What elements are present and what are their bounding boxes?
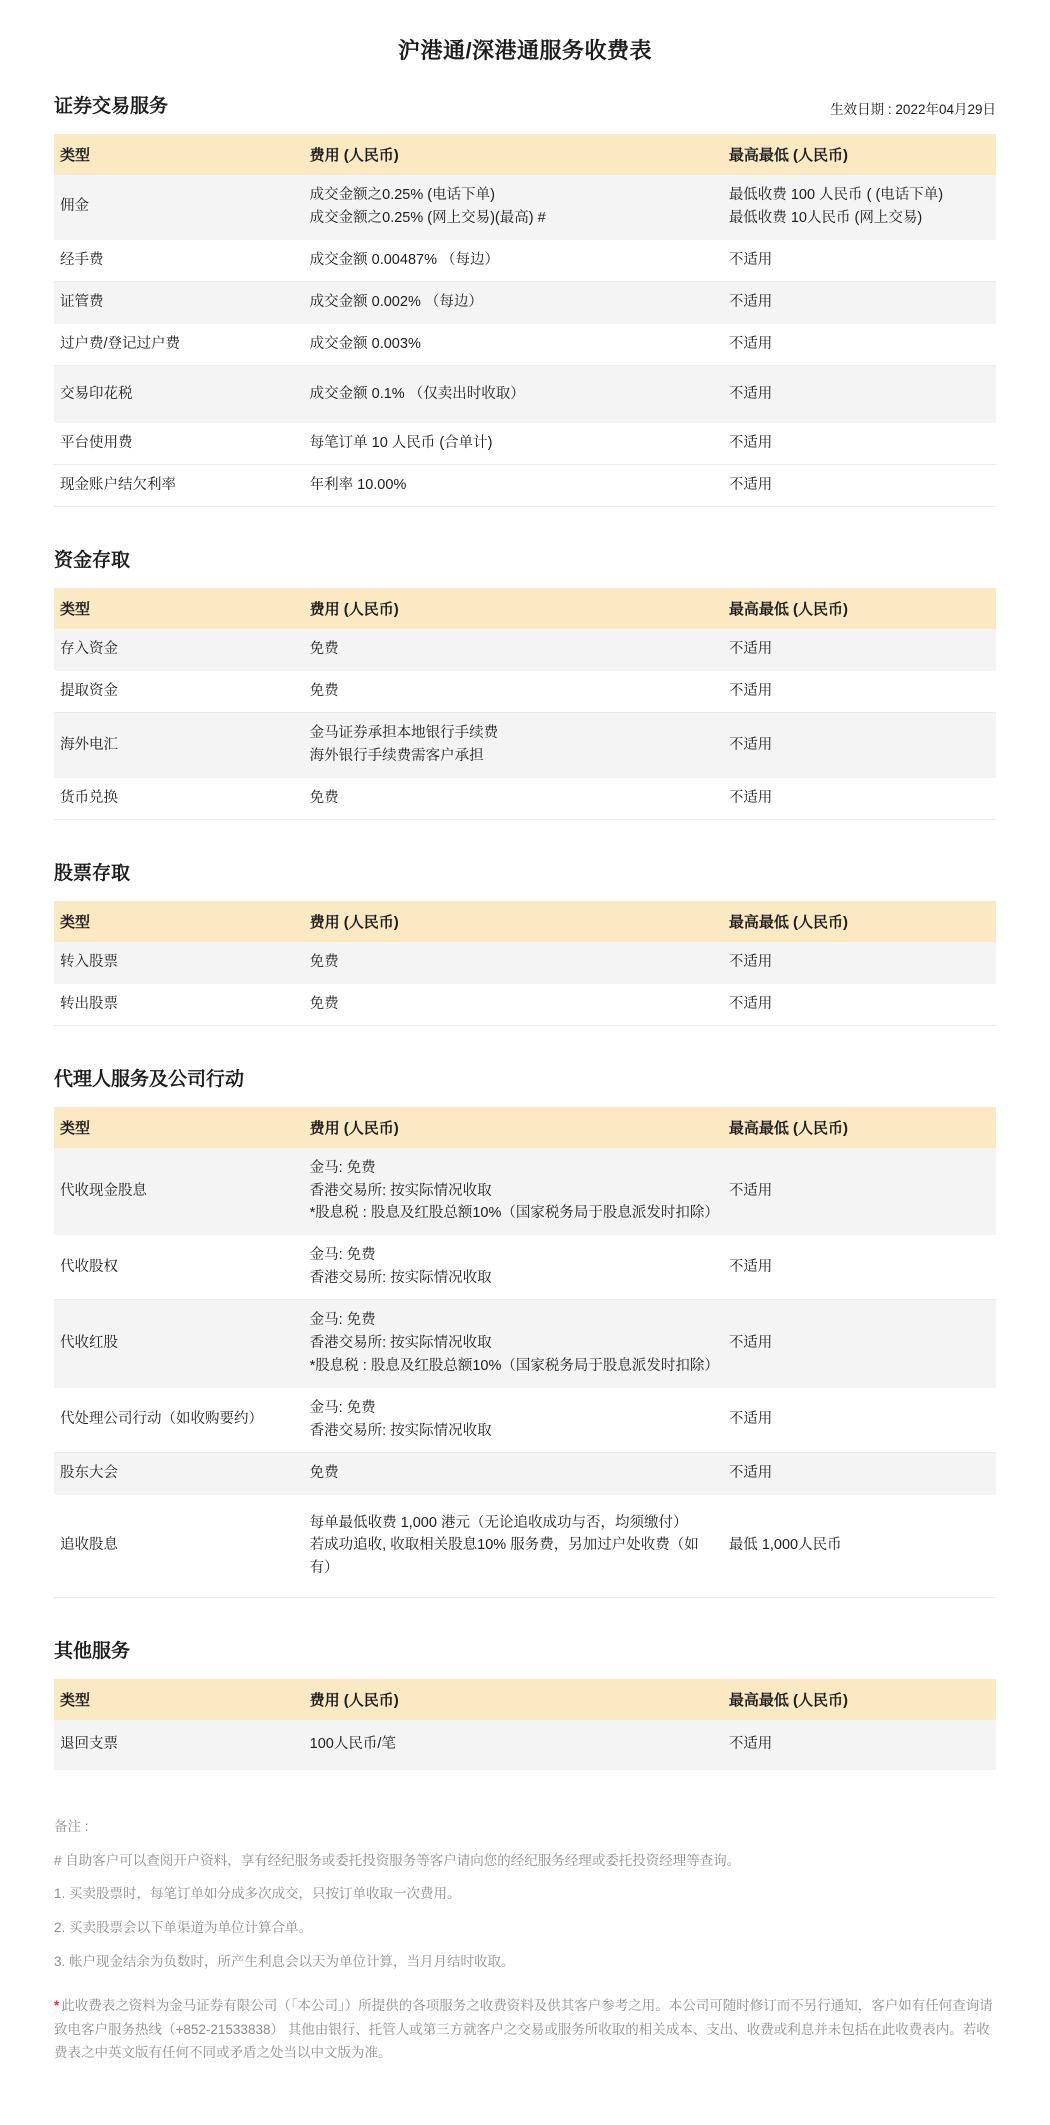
- minmax-line: 最低收费 10人民币 (网上交易): [729, 207, 988, 230]
- cell-type: 经手费: [54, 239, 304, 281]
- section-securities-trading: 证券交易服务 生效日期 : 2022年04月29日 类型 费用 (人民币) 最高…: [54, 91, 996, 507]
- note-item: 1. 买卖股票时，每笔订单如分成多次成交，只按订单收取一次费用。: [54, 1883, 996, 1905]
- column-header-type: 类型: [54, 588, 304, 629]
- cell-minmax: 不适用: [723, 423, 996, 465]
- note-item: 2. 买卖股票会以下单渠道为单位计算合单。: [54, 1917, 996, 1939]
- cell-fee: 每笔订单 10 人民币 (合单计): [304, 423, 723, 465]
- table-row: 证管费 成交金额 0.002% （每边） 不适用: [54, 281, 996, 323]
- fee-line: 香港交易所: 按实际情况收取: [310, 1332, 715, 1355]
- cell-minmax: 不适用: [723, 777, 996, 819]
- fee-line: 若成功追收, 收取相关股息10% 服务费，另加过户处收费（如有）: [310, 1534, 715, 1580]
- section-head: 证券交易服务 生效日期 : 2022年04月29日: [54, 91, 996, 118]
- cell-fee: 成交金额 0.002% （每边）: [304, 281, 723, 323]
- table-row: 现金账户结欠利率 年利率 10.00% 不适用: [54, 465, 996, 507]
- notes-section: 备注 : # 自助客户可以查阅开户资料，享有经纪服务或委托投资服务等客户请向您的…: [54, 1816, 996, 2065]
- table-row: 经手费 成交金额 0.00487% （每边） 不适用: [54, 239, 996, 281]
- section-heading: 证券交易服务: [54, 91, 168, 118]
- cell-fee: 成交金额 0.1% （仅卖出时收取）: [304, 365, 723, 423]
- fee-table-other-services: 类型 费用 (人民币) 最高最低 (人民币) 退回支票 100人民币/笔 不适用: [54, 1679, 996, 1770]
- table-row: 退回支票 100人民币/笔 不适用: [54, 1720, 996, 1769]
- cell-fee: 每单最低收费 1,000 港元（无论追收成功与否，均须缴付） 若成功追收, 收取…: [304, 1494, 723, 1598]
- cell-type: 代处理公司行动（如收购要约）: [54, 1387, 304, 1452]
- cell-minmax: 不适用: [723, 1720, 996, 1769]
- table-row: 追收股息 每单最低收费 1,000 港元（无论追收成功与否，均须缴付） 若成功追…: [54, 1494, 996, 1598]
- cell-fee: 成交金额之0.25% (电话下单) 成交金额之0.25% (网上交易)(最高) …: [304, 175, 723, 239]
- column-header-minmax: 最高最低 (人民币): [723, 1679, 996, 1720]
- cell-minmax: 不适用: [723, 629, 996, 670]
- fee-line: 香港交易所: 按实际情况收取: [310, 1420, 715, 1443]
- cell-fee: 金马: 免费 香港交易所: 按实际情况收取: [304, 1387, 723, 1452]
- red-asterisk: *: [54, 1998, 59, 2013]
- cell-type: 交易印花税: [54, 365, 304, 423]
- cell-type: 代收股权: [54, 1235, 304, 1300]
- column-header-fee: 费用 (人民币): [304, 588, 723, 629]
- cell-type: 股东大会: [54, 1452, 304, 1494]
- column-header-type: 类型: [54, 134, 304, 175]
- cell-minmax: 不适用: [723, 1235, 996, 1300]
- column-header-minmax: 最高最低 (人民币): [723, 1107, 996, 1148]
- cell-minmax: 不适用: [723, 671, 996, 713]
- table-row: 代处理公司行动（如收购要约） 金马: 免费 香港交易所: 按实际情况收取 不适用: [54, 1387, 996, 1452]
- cell-fee: 金马: 免费 香港交易所: 按实际情况收取 *股息税 : 股息及红股总额10%（…: [304, 1148, 723, 1235]
- fee-line: *股息税 : 股息及红股总额10%（国家税务局于股息派发时扣除）: [310, 1202, 715, 1225]
- table-header-row: 类型 费用 (人民币) 最高最低 (人民币): [54, 134, 996, 175]
- cell-type: 提取资金: [54, 671, 304, 713]
- cell-fee: 免费: [304, 1452, 723, 1494]
- minmax-line: 最低收费 100 人民币 ( (电话下单): [729, 184, 988, 207]
- cell-type: 过户费/登记过户费: [54, 323, 304, 365]
- section-head: 资金存取: [54, 545, 996, 572]
- section-head: 股票存取: [54, 858, 996, 885]
- section-head: 其他服务: [54, 1636, 996, 1663]
- cell-fee: 免费: [304, 777, 723, 819]
- column-header-minmax: 最高最低 (人民币): [723, 134, 996, 175]
- fee-line: 海外银行手续费需客户承担: [310, 745, 715, 768]
- disclaimer: *此收费表之资料为金马证券有限公司（「本公司」）所提供的各项服务之收费资料及供其…: [54, 1994, 996, 2065]
- cell-type: 代收现金股息: [54, 1148, 304, 1235]
- fee-line: 成交金额之0.25% (电话下单): [310, 184, 715, 207]
- column-header-type: 类型: [54, 1679, 304, 1720]
- cell-minmax: 最低 1,000人民币: [723, 1494, 996, 1598]
- cell-minmax: 不适用: [723, 239, 996, 281]
- table-row: 平台使用费 每笔订单 10 人民币 (合单计) 不适用: [54, 423, 996, 465]
- cell-fee: 金马: 免费 香港交易所: 按实际情况收取: [304, 1235, 723, 1300]
- cell-minmax: 不适用: [723, 323, 996, 365]
- cell-fee: 年利率 10.00%: [304, 465, 723, 507]
- section-agent-services-corporate-actions: 代理人服务及公司行动 类型 费用 (人民币) 最高最低 (人民币) 代收现金股息…: [54, 1064, 996, 1599]
- fee-line: 每单最低收费 1,000 港元（无论追收成功与否，均须缴付）: [310, 1512, 715, 1535]
- table-header-row: 类型 费用 (人民币) 最高最低 (人民币): [54, 1107, 996, 1148]
- cell-fee: 免费: [304, 671, 723, 713]
- fee-table-agent-services: 类型 费用 (人民币) 最高最低 (人民币) 代收现金股息 金马: 免费 香港交…: [54, 1107, 996, 1599]
- column-header-minmax: 最高最低 (人民币): [723, 588, 996, 629]
- notes-label: 备注 :: [54, 1816, 996, 1838]
- fee-line: 金马: 免费: [310, 1309, 715, 1332]
- table-row: 转出股票 免费 不适用: [54, 983, 996, 1025]
- column-header-fee: 费用 (人民币): [304, 1679, 723, 1720]
- column-header-minmax: 最高最低 (人民币): [723, 901, 996, 942]
- fee-table-securities-trading: 类型 费用 (人民币) 最高最低 (人民币) 佣金 成交金额之0.25% (电话…: [54, 134, 996, 507]
- table-row: 佣金 成交金额之0.25% (电话下单) 成交金额之0.25% (网上交易)(最…: [54, 175, 996, 239]
- fee-line: 成交金额之0.25% (网上交易)(最高) #: [310, 207, 715, 230]
- fee-line: *股息税 : 股息及红股总额10%（国家税务局于股息派发时扣除）: [310, 1355, 715, 1378]
- table-row: 代收红股 金马: 免费 香港交易所: 按实际情况收取 *股息税 : 股息及红股总…: [54, 1300, 996, 1388]
- cell-fee: 免费: [304, 983, 723, 1025]
- column-header-type: 类型: [54, 901, 304, 942]
- table-row: 转入股票 免费 不适用: [54, 942, 996, 983]
- cell-type: 货币兑换: [54, 777, 304, 819]
- page-title: 沪港通/深港通服务收费表: [54, 34, 996, 65]
- cell-type: 存入资金: [54, 629, 304, 670]
- fee-schedule-page: 沪港通/深港通服务收费表 证券交易服务 生效日期 : 2022年04月29日 类…: [0, 0, 1050, 2125]
- cell-type: 平台使用费: [54, 423, 304, 465]
- note-item: 3. 帐户现金结余为负数时，所产生利息会以天为单位计算，当月月结时收取。: [54, 1951, 996, 1973]
- cell-minmax: 不适用: [723, 1452, 996, 1494]
- cell-minmax: 不适用: [723, 1300, 996, 1388]
- cell-fee: 成交金额 0.00487% （每边）: [304, 239, 723, 281]
- table-row: 存入资金 免费 不适用: [54, 629, 996, 670]
- cell-minmax: 不适用: [723, 1387, 996, 1452]
- table-row: 交易印花税 成交金额 0.1% （仅卖出时收取） 不适用: [54, 365, 996, 423]
- table-row: 提取资金 免费 不适用: [54, 671, 996, 713]
- effective-date: 生效日期 : 2022年04月29日: [830, 98, 996, 118]
- cell-type: 代收红股: [54, 1300, 304, 1388]
- table-row: 海外电汇 金马证券承担本地银行手续费 海外银行手续费需客户承担 不适用: [54, 713, 996, 778]
- disclaimer-text: 此收费表之资料为金马证券有限公司（「本公司」）所提供的各项服务之收费资料及供其客…: [54, 1998, 993, 2060]
- section-heading: 资金存取: [54, 545, 130, 572]
- fee-line: 金马证券承担本地银行手续费: [310, 722, 715, 745]
- cell-minmax: 不适用: [723, 465, 996, 507]
- note-item: # 自助客户可以查阅开户资料，享有经纪服务或委托投资服务等客户请向您的经纪服务经…: [54, 1850, 996, 1872]
- table-row: 代收股权 金马: 免费 香港交易所: 按实际情况收取 不适用: [54, 1235, 996, 1300]
- cell-fee: 免费: [304, 942, 723, 983]
- section-head: 代理人服务及公司行动: [54, 1064, 996, 1091]
- cell-type: 追收股息: [54, 1494, 304, 1598]
- section-other-services: 其他服务 类型 费用 (人民币) 最高最低 (人民币) 退回支票 100人民币/…: [54, 1636, 996, 1770]
- cell-minmax: 不适用: [723, 983, 996, 1025]
- cell-fee: 金马证券承担本地银行手续费 海外银行手续费需客户承担: [304, 713, 723, 778]
- cell-minmax: 不适用: [723, 713, 996, 778]
- table-header-row: 类型 费用 (人民币) 最高最低 (人民币): [54, 901, 996, 942]
- cell-type: 佣金: [54, 175, 304, 239]
- cell-minmax: 不适用: [723, 365, 996, 423]
- section-heading: 股票存取: [54, 858, 130, 885]
- fee-line: 金马: 免费: [310, 1244, 715, 1267]
- table-header-row: 类型 费用 (人民币) 最高最低 (人民币): [54, 1679, 996, 1720]
- fee-line: 香港交易所: 按实际情况收取: [310, 1180, 715, 1203]
- fee-line: 金马: 免费: [310, 1397, 715, 1420]
- table-header-row: 类型 费用 (人民币) 最高最低 (人民币): [54, 588, 996, 629]
- cell-type: 退回支票: [54, 1720, 304, 1769]
- fee-table-fund-deposit-withdrawal: 类型 费用 (人民币) 最高最低 (人民币) 存入资金 免费 不适用 提取资金 …: [54, 588, 996, 820]
- table-row: 股东大会 免费 不适用: [54, 1452, 996, 1494]
- cell-fee: 100人民币/笔: [304, 1720, 723, 1769]
- column-header-fee: 费用 (人民币): [304, 901, 723, 942]
- cell-minmax: 不适用: [723, 1148, 996, 1235]
- fee-table-stock-deposit-withdrawal: 类型 费用 (人民币) 最高最低 (人民币) 转入股票 免费 不适用 转出股票 …: [54, 901, 996, 1026]
- section-fund-deposit-withdrawal: 资金存取 类型 费用 (人民币) 最高最低 (人民币) 存入资金 免费 不适用 …: [54, 545, 996, 820]
- cell-fee: 成交金额 0.003%: [304, 323, 723, 365]
- cell-type: 现金账户结欠利率: [54, 465, 304, 507]
- fee-line: 金马: 免费: [310, 1157, 715, 1180]
- section-stock-deposit-withdrawal: 股票存取 类型 费用 (人民币) 最高最低 (人民币) 转入股票 免费 不适用 …: [54, 858, 996, 1026]
- cell-minmax: 最低收费 100 人民币 ( (电话下单) 最低收费 10人民币 (网上交易): [723, 175, 996, 239]
- cell-fee: 金马: 免费 香港交易所: 按实际情况收取 *股息税 : 股息及红股总额10%（…: [304, 1300, 723, 1388]
- section-heading: 代理人服务及公司行动: [54, 1064, 244, 1091]
- column-header-fee: 费用 (人民币): [304, 1107, 723, 1148]
- cell-type: 海外电汇: [54, 713, 304, 778]
- column-header-fee: 费用 (人民币): [304, 134, 723, 175]
- fee-line: 香港交易所: 按实际情况收取: [310, 1267, 715, 1290]
- cell-type: 转入股票: [54, 942, 304, 983]
- cell-type: 转出股票: [54, 983, 304, 1025]
- table-row: 代收现金股息 金马: 免费 香港交易所: 按实际情况收取 *股息税 : 股息及红…: [54, 1148, 996, 1235]
- cell-fee: 免费: [304, 629, 723, 670]
- table-row: 过户费/登记过户费 成交金额 0.003% 不适用: [54, 323, 996, 365]
- cell-minmax: 不适用: [723, 942, 996, 983]
- column-header-type: 类型: [54, 1107, 304, 1148]
- section-heading: 其他服务: [54, 1636, 130, 1663]
- table-row: 货币兑换 免费 不适用: [54, 777, 996, 819]
- cell-minmax: 不适用: [723, 281, 996, 323]
- cell-type: 证管费: [54, 281, 304, 323]
